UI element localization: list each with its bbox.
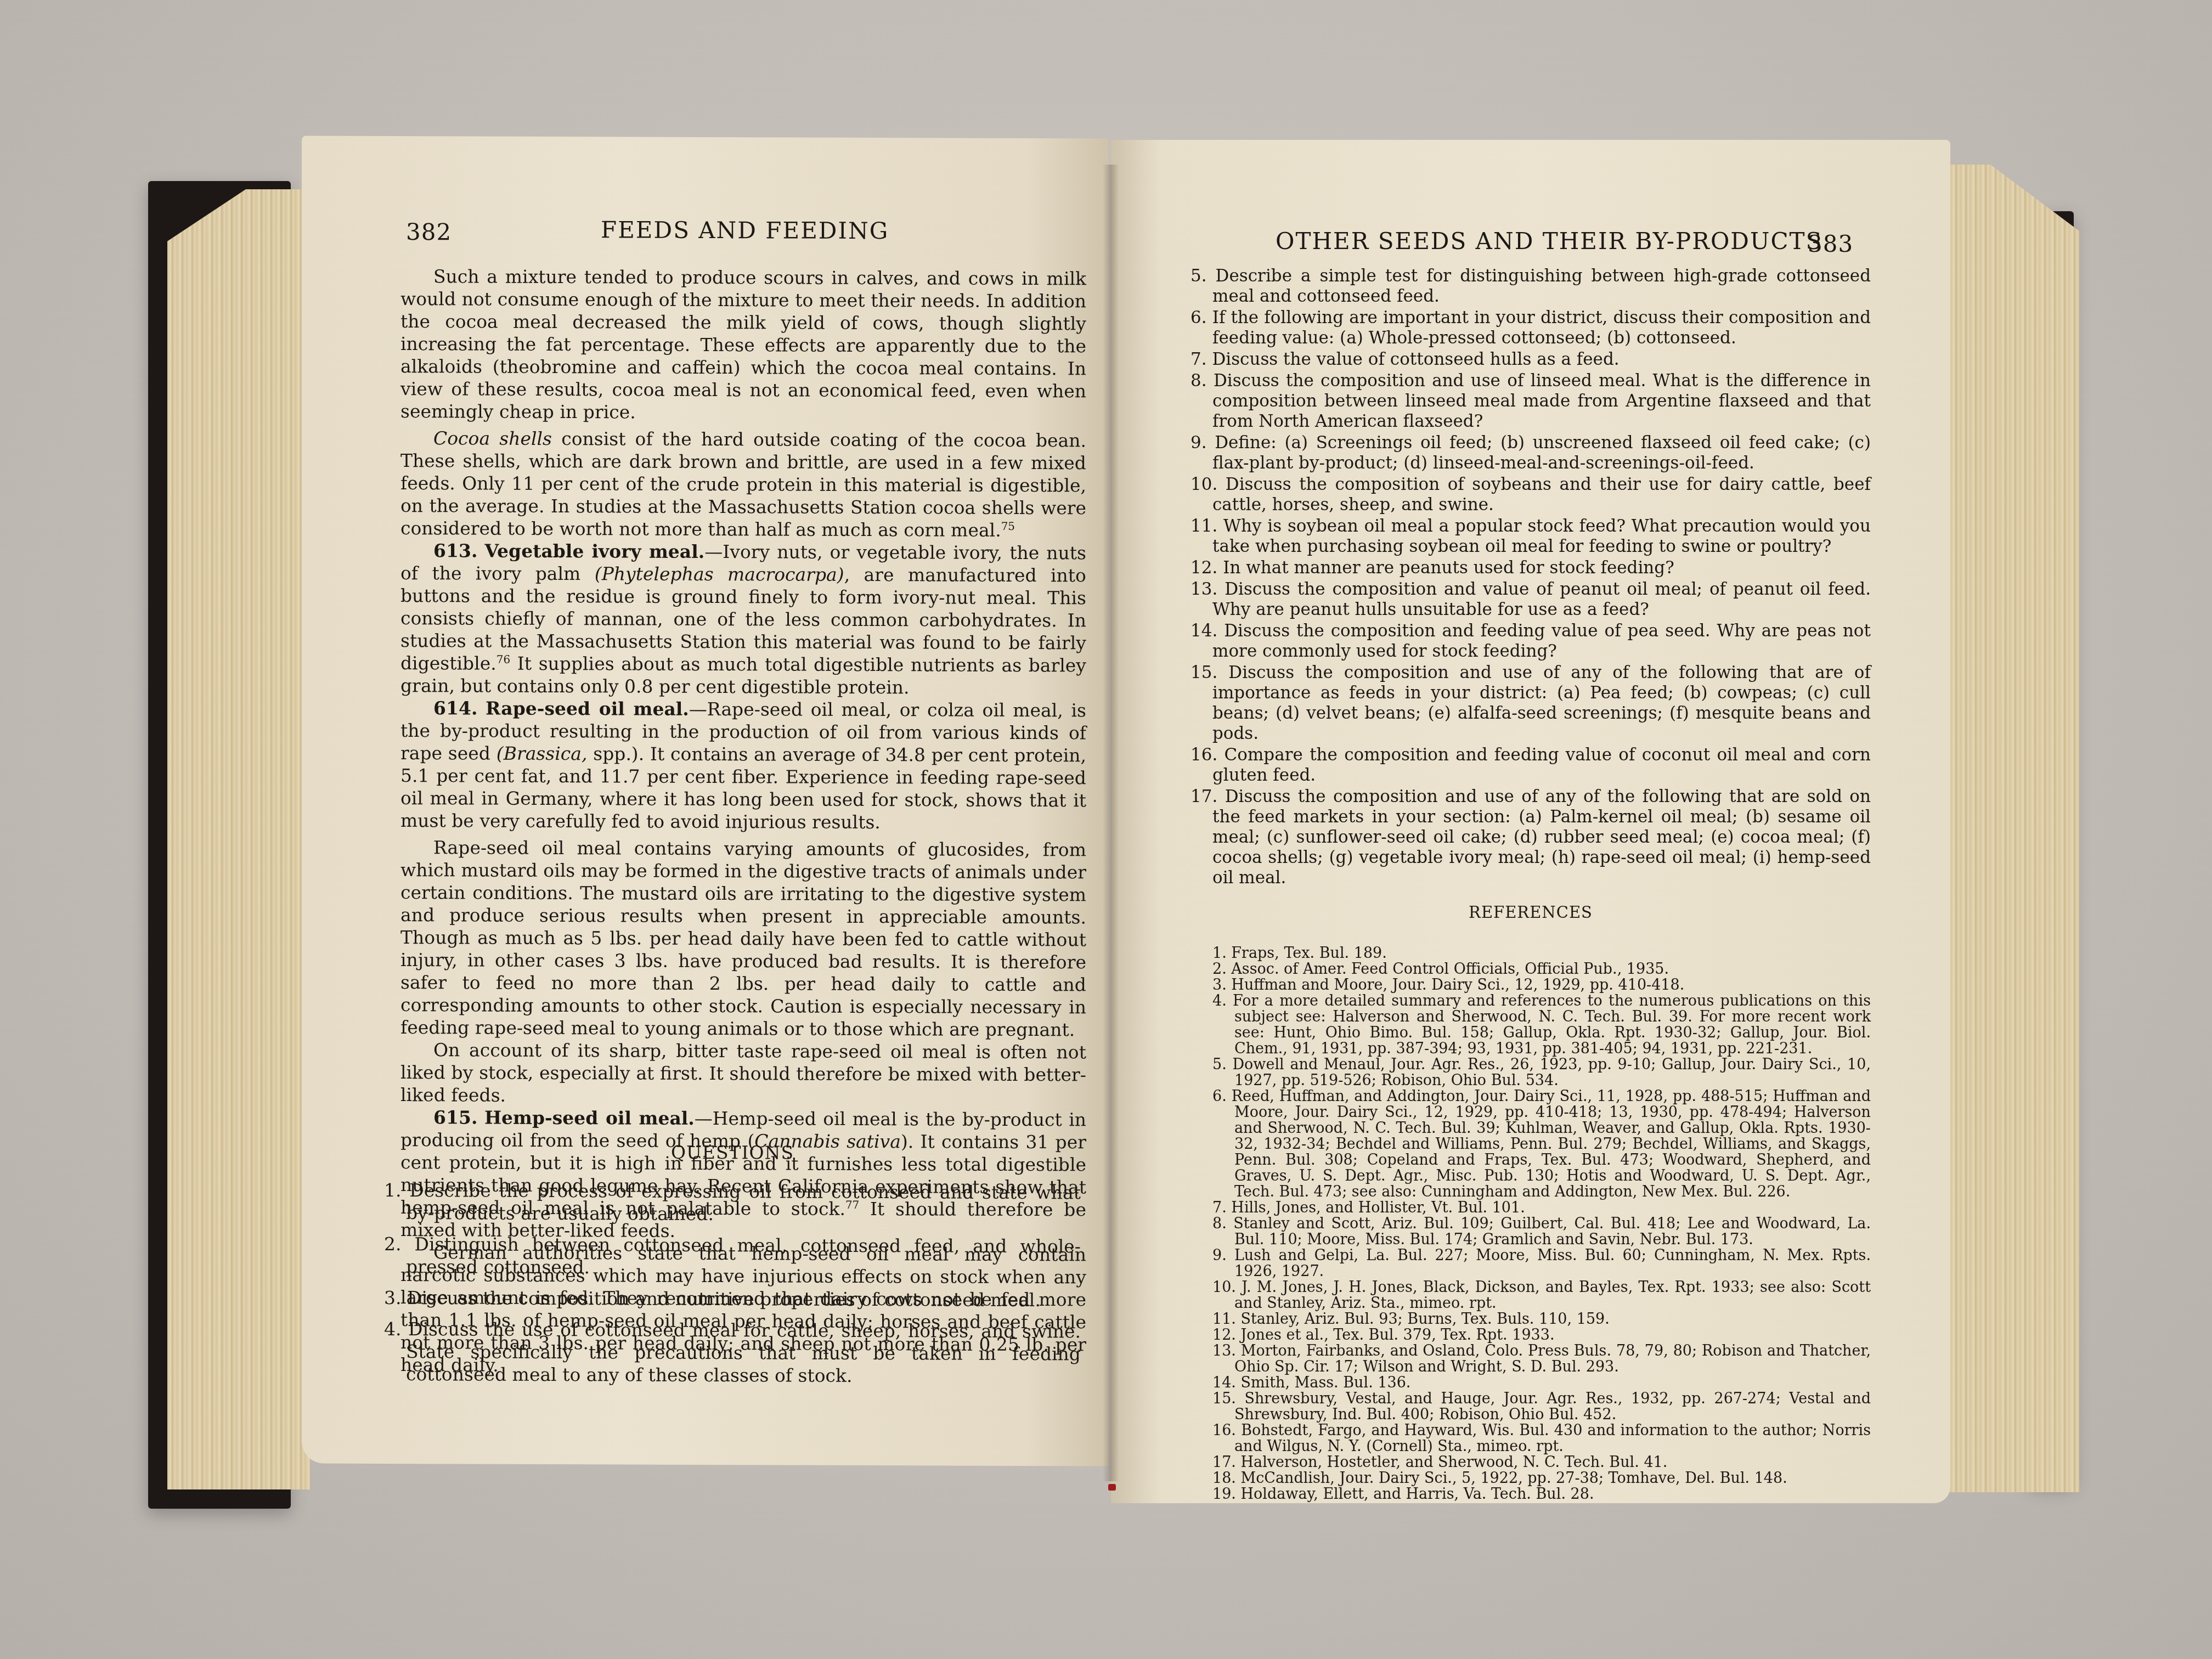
- questions-section-right: 5. Describe a simple test for distinguis…: [1190, 266, 1871, 1503]
- section-613: 613. Vegetable ivory meal.—Ivory nuts, o…: [400, 539, 1086, 699]
- reference-item: 9. Lush and Gelpi, La. Bul. 227; Moore, …: [1212, 1248, 1871, 1279]
- reference-item: 13. Morton, Fairbanks, and Osland, Colo.…: [1212, 1343, 1871, 1375]
- question-item: 15. Discuss the composition and use of a…: [1190, 663, 1871, 744]
- question-item: 2. Distinguish between cottonseed meal, …: [384, 1233, 1081, 1280]
- page-edges-right: [1931, 165, 2079, 1492]
- reference-item: 14. Smith, Mass. Bul. 136.: [1212, 1375, 1871, 1391]
- right-page: OTHER SEEDS AND THEIR BY-PRODUCTS 383 5.…: [1111, 140, 1950, 1503]
- page-number-right: 383: [1808, 230, 1853, 257]
- question-item: 12. In what manner are peanuts used for …: [1190, 558, 1871, 578]
- reference-item: 20. Ewing, Ridgeway, and Doubt, Tex. Bul…: [1212, 1502, 1871, 1503]
- question-item: 10. Discuss the composition of soybeans …: [1190, 475, 1871, 515]
- reference-item: 12. Jones et al., Tex. Bul. 379, Tex. Rp…: [1212, 1327, 1871, 1343]
- page-edges-left: [167, 189, 310, 1489]
- paragraph: On account of its sharp, bitter taste ra…: [400, 1039, 1086, 1108]
- reference-item: 3. Huffman and Moore, Jour. Dairy Sci., …: [1212, 977, 1871, 993]
- headband: [1108, 1484, 1116, 1491]
- section-heading: Rape-seed oil meal.: [486, 698, 689, 720]
- page-number-left: 382: [406, 218, 452, 245]
- running-head-right: OTHER SEEDS AND THEIR BY-PRODUCTS: [1276, 228, 1822, 255]
- reference-item: 18. McCandlish, Jour. Dairy Sci., 5, 192…: [1212, 1470, 1871, 1486]
- reference-item: 15. Shrewsbury, Vestal, and Hauge, Jour.…: [1212, 1391, 1871, 1423]
- reference-item: 11. Stanley, Ariz. Bul. 93; Burns, Tex. …: [1212, 1311, 1871, 1327]
- reference-item: 19. Holdaway, Ellett, and Harris, Va. Te…: [1212, 1486, 1871, 1502]
- reference-item: 16. Bohstedt, Fargo, and Hayward, Wis. B…: [1212, 1423, 1871, 1454]
- paragraph-cocoa-shells: Cocoa shells consist of the hard outside…: [400, 427, 1086, 541]
- questions-section-left: QUESTIONS 1. Describe the process of exp…: [384, 1140, 1081, 1396]
- question-item: 14. Discuss the composition and feeding …: [1190, 621, 1871, 662]
- left-page: 382 FEEDS AND FEEDING Such a mixture ten…: [302, 136, 1108, 1466]
- reference-item: 6. Reed, Huffman, and Addington, Jour. D…: [1212, 1088, 1871, 1200]
- question-item: 7. Discuss the value of cottonseed hulls…: [1190, 349, 1871, 370]
- references-list: 1. Fraps, Tex. Bul. 189. 2. Assoc. of Am…: [1190, 945, 1871, 1503]
- question-item: 4. Discuss the use of cottonseed meal fo…: [384, 1318, 1081, 1387]
- reference-item: 5. Dowell and Menaul, Jour. Agr. Res., 2…: [1212, 1057, 1871, 1088]
- question-item: 13. Discuss the composition and value of…: [1190, 579, 1871, 620]
- question-item: 8. Discuss the composition and use of li…: [1190, 371, 1871, 432]
- questions-list-continued: 5. Describe a simple test for distinguis…: [1190, 266, 1871, 888]
- book-gutter: [1103, 165, 1119, 1481]
- section-heading: Vegetable ivory meal.: [485, 540, 705, 562]
- reference-item: 1. Fraps, Tex. Bul. 189.: [1212, 945, 1871, 961]
- reference-item: 10. J. M. Jones, J. H. Jones, Black, Dic…: [1212, 1279, 1871, 1311]
- reference-item: 8. Stanley and Scott, Ariz. Bul. 109; Gu…: [1212, 1216, 1871, 1248]
- question-item: 3. Discuss the composition and nutritive…: [384, 1286, 1081, 1311]
- paragraph: Rape-seed oil meal contains varying amou…: [400, 836, 1086, 1041]
- paragraph: Such a mixture tended to produce scours …: [400, 265, 1086, 425]
- question-item: 17. Discuss the composition and use of a…: [1190, 787, 1871, 888]
- reference-item: 7. Hills, Jones, and Hollister, Vt. Bul.…: [1212, 1200, 1871, 1216]
- reference-item: 2. Assoc. of Amer. Feed Control Official…: [1212, 961, 1871, 977]
- reference-item: 17. Halverson, Hostetler, and Sherwood, …: [1212, 1454, 1871, 1470]
- section-614: 614. Rape-seed oil meal.—Rape-seed oil m…: [400, 697, 1086, 834]
- running-head-left: FEEDS AND FEEDING: [601, 216, 889, 244]
- questions-list: 1. Describe the process of expressing oi…: [384, 1179, 1081, 1387]
- section-heading: Hemp-seed oil meal.: [484, 1107, 695, 1129]
- question-item: 11. Why is soybean oil meal a popular st…: [1190, 516, 1871, 557]
- references-title: REFERENCES: [1190, 902, 1871, 923]
- question-item: 5. Describe a simple test for distinguis…: [1190, 266, 1871, 307]
- question-item: 6. If the following are important in you…: [1190, 308, 1871, 348]
- question-item: 16. Compare the composition and feeding …: [1190, 745, 1871, 786]
- question-item: 1. Describe the process of expressing oi…: [384, 1179, 1081, 1226]
- question-item: 9. Define: (a) Screenings oil feed; (b) …: [1190, 433, 1871, 473]
- reference-item: 4. For a more detailed summary and refer…: [1212, 993, 1871, 1057]
- questions-title: QUESTIONS: [384, 1140, 1081, 1165]
